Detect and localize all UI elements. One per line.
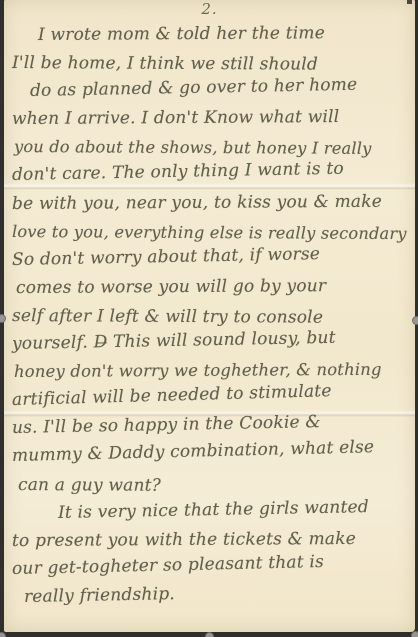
letter-line: be with you, near you, to kiss you & mak… (12, 187, 411, 218)
resize-handle-bottom-left[interactable] (0, 632, 6, 637)
letter-line: It is very nice that the girls wanted (58, 492, 411, 527)
letter-line: don't care. The only thing I want is to (12, 154, 411, 190)
scan-corner-artifact (407, 0, 412, 4)
page-number: 2. (4, 0, 415, 18)
resize-handle-right-middle[interactable] (412, 316, 418, 325)
letter-line: when I arrive. I don't Know what will (12, 103, 411, 134)
resize-handle-bottom-center[interactable] (205, 632, 214, 637)
letter-body: I wrote mom & told her the time I'll be … (12, 21, 411, 611)
letter-page: 2. I wrote mom & told her the time I'll … (4, 0, 415, 632)
letter-line: do as planned & go over to her home (30, 70, 411, 105)
scan-viewer-stage: 2. I wrote mom & told her the time I'll … (0, 0, 418, 637)
letter-line: I wrote mom & told her the time (38, 19, 411, 49)
letter-line: comes to worse you will go by your (16, 271, 411, 302)
resize-handle-bottom-right[interactable] (411, 631, 418, 637)
